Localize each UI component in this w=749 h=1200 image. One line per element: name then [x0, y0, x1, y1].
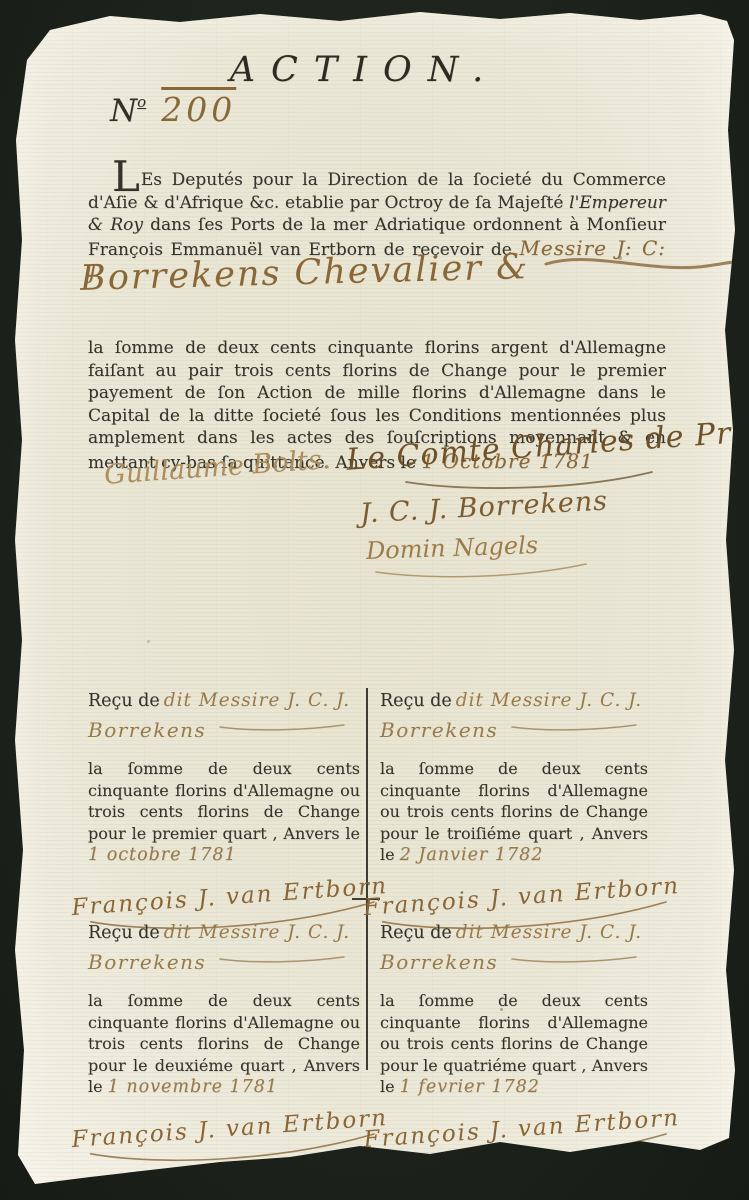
- ink-flourish: [509, 719, 639, 733]
- payee-line: Borrekens: [380, 718, 648, 742]
- receipt-date: 1 fevrier 1782: [400, 1077, 540, 1097]
- received-label: Reçu de: [380, 691, 452, 711]
- payee-name: Borrekens: [88, 718, 206, 742]
- paper-sheet: ACTION. No 200 LEs Deputés pour la Direc…: [0, 0, 749, 1200]
- payee-name: Borrekens: [88, 950, 206, 974]
- received-handwritten: dit Messire J. C. J.: [164, 922, 350, 943]
- paper-speck: [147, 640, 150, 643]
- received-handwritten: dit Messire J. C. J.: [164, 690, 350, 711]
- received-handwritten: dit Messire J. C. J.: [456, 922, 642, 943]
- handwritten-payee-line: Borrekens Chevalier &: [80, 244, 749, 293]
- document-title: ACTION.: [0, 50, 729, 90]
- payee-line: Borrekens: [88, 950, 360, 974]
- ink-flourish: [542, 244, 749, 278]
- payee-line: Borrekens: [88, 718, 360, 742]
- received-handwritten: dit Messire J. C. J.: [456, 690, 642, 711]
- number-label-superscript: o: [137, 93, 146, 111]
- received-line: Reçu dedit Messire J. C. J.: [380, 690, 648, 711]
- received-label: Reçu de: [380, 923, 452, 943]
- signature-flourish: [400, 466, 660, 492]
- receipt-third-quarter: Reçu dedit Messire J. C. J. Borrekens la…: [380, 690, 648, 941]
- paper-speck: [618, 256, 622, 260]
- number-label: N: [110, 93, 137, 129]
- receipt-text: la ſomme de deux cents cinquante florins…: [380, 990, 648, 1099]
- received-line: Reçu dedit Messire J. C. J.: [88, 922, 360, 943]
- signature-text: François J. van Ertborn: [363, 1105, 681, 1153]
- signature-borrekens: J. C. J. Borrekens: [359, 486, 608, 530]
- received-label: Reçu de: [88, 691, 160, 711]
- photograph-of-document: ACTION. No 200 LEs Deputés pour la Direc…: [0, 0, 749, 1200]
- receipt-body: la ſomme de deux cents cinquante florins…: [88, 759, 360, 843]
- signature-van-ertborn: François J. van Ertborn: [71, 1105, 390, 1173]
- received-label: Reçu de: [88, 923, 160, 943]
- receipt-text: la ſomme de deux cents cinquante florins…: [380, 758, 648, 867]
- receipt-second-quarter: Reçu dedit Messire J. C. J. Borrekens la…: [88, 922, 360, 1173]
- number-value-handwritten: 200: [161, 90, 236, 129]
- ink-flourish: [217, 719, 347, 733]
- receipt-text: la ſomme de deux cents cinquante florins…: [88, 990, 360, 1099]
- paper-speck: [500, 1008, 503, 1011]
- signature-van-ertborn: François J. van Ertborn: [363, 1105, 682, 1173]
- receipt-date: 1 octobre 1781: [88, 845, 237, 865]
- certificate-number: No 200: [110, 90, 236, 129]
- receipt-date: 2 Janvier 1782: [400, 845, 544, 865]
- ink-flourish: [217, 951, 347, 965]
- payee-name: Borrekens Chevalier &: [80, 247, 530, 299]
- received-line: Reçu dedit Messire J. C. J.: [88, 690, 360, 711]
- payee-line: Borrekens: [380, 950, 648, 974]
- receipt-text: la ſomme de deux cents cinquante florins…: [88, 758, 360, 867]
- payee-name: Borrekens: [380, 718, 498, 742]
- payee-name: Borrekens: [380, 950, 498, 974]
- receipt-date: 1 novembre 1781: [108, 1077, 278, 1097]
- received-line: Reçu dedit Messire J. C. J.: [380, 922, 648, 943]
- receipt-first-quarter: Reçu dedit Messire J. C. J. Borrekens la…: [88, 690, 360, 941]
- receipt-fourth-quarter: Reçu dedit Messire J. C. J. Borrekens la…: [380, 922, 648, 1173]
- signature-flourish: [372, 560, 592, 580]
- ink-flourish: [509, 951, 639, 965]
